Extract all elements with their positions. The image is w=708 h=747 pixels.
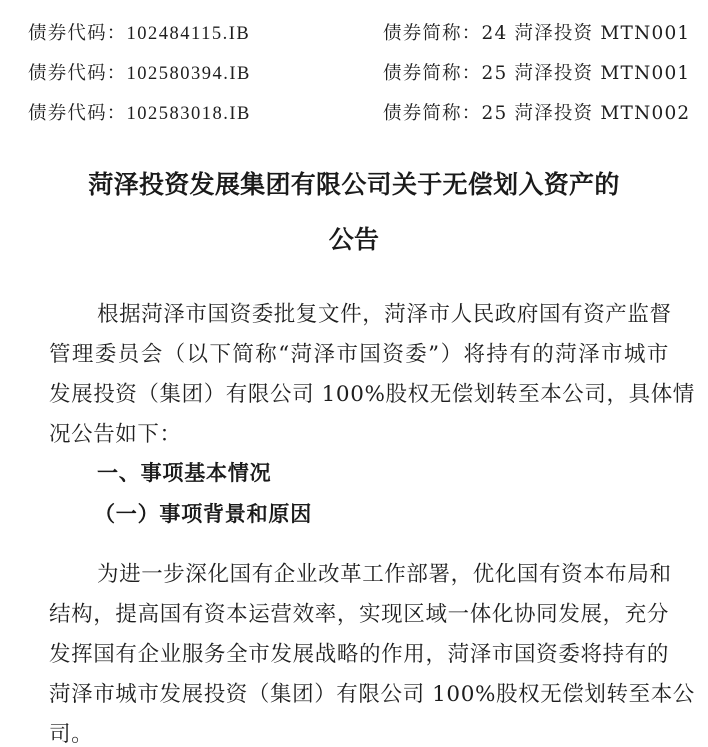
bond-name-label: 债券简称： xyxy=(383,103,482,124)
section-subheading: （一）事项背景和原因 xyxy=(94,498,312,528)
paragraph-line: 根据菏泽市国资委批复文件，菏泽市人民政府国有资产监督 xyxy=(97,297,669,328)
bond-code-row: 债券代码：102583018.IB xyxy=(28,99,251,123)
bond-code-label: 债券代码： xyxy=(28,103,127,124)
paragraph-line: 发展投资（集团）有限公司 100%股权无偿划转至本公司，具体情 xyxy=(49,377,669,408)
bond-name-label: 债券简称： xyxy=(383,23,482,44)
paragraph-line: 司。 xyxy=(49,717,669,747)
bond-name-value: 25 菏泽投资 MTN001 xyxy=(482,63,691,84)
paragraph-line: 结构，提高国有资本运营效率，实现区域一体化协同发展，充分 xyxy=(49,597,669,628)
bond-code-value: 102580394.IB xyxy=(127,64,251,84)
bond-name-row: 债券简称：25 菏泽投资 MTN001 xyxy=(383,59,690,83)
bond-name-value: 25 菏泽投资 MTN002 xyxy=(482,103,691,124)
bond-name-row: 债券简称：25 菏泽投资 MTN002 xyxy=(383,99,690,123)
paragraph-line: 管理委员会（以下简称“菏泽市国资委”）将持有的菏泽市城市 xyxy=(49,337,669,368)
section-heading: 一、事项基本情况 xyxy=(97,457,271,487)
paragraph-line: 发挥国有企业服务全市发展战略的作用，菏泽市国资委将持有的 xyxy=(49,637,669,668)
paragraph-line: 况公告如下： xyxy=(49,417,669,448)
bond-name-row: 债券简称：24 菏泽投资 MTN001 xyxy=(383,19,690,43)
bond-code-value: 102484115.IB xyxy=(127,24,251,44)
bond-code-value: 102583018.IB xyxy=(127,104,251,124)
announcement-title-line2: 公告 xyxy=(0,220,708,256)
bond-name-label: 债券简称： xyxy=(383,63,482,84)
bond-code-label: 债券代码： xyxy=(28,23,127,44)
paragraph-line: 菏泽市城市发展投资（集团）有限公司 100%股权无偿划转至本公 xyxy=(49,677,669,708)
bond-code-row: 债券代码：102580394.IB xyxy=(28,59,251,83)
announcement-page: 债券代码：102484115.IB 债券简称：24 菏泽投资 MTN001 债券… xyxy=(0,0,708,747)
bond-code-row: 债券代码：102484115.IB xyxy=(28,19,250,43)
paragraph-line: 为进一步深化国有企业改革工作部署，优化国有资本布局和 xyxy=(97,557,669,588)
bond-code-label: 债券代码： xyxy=(28,63,127,84)
bond-name-value: 24 菏泽投资 MTN001 xyxy=(482,23,691,44)
announcement-title-line1: 菏泽投资发展集团有限公司关于无偿划入资产的 xyxy=(0,165,708,201)
